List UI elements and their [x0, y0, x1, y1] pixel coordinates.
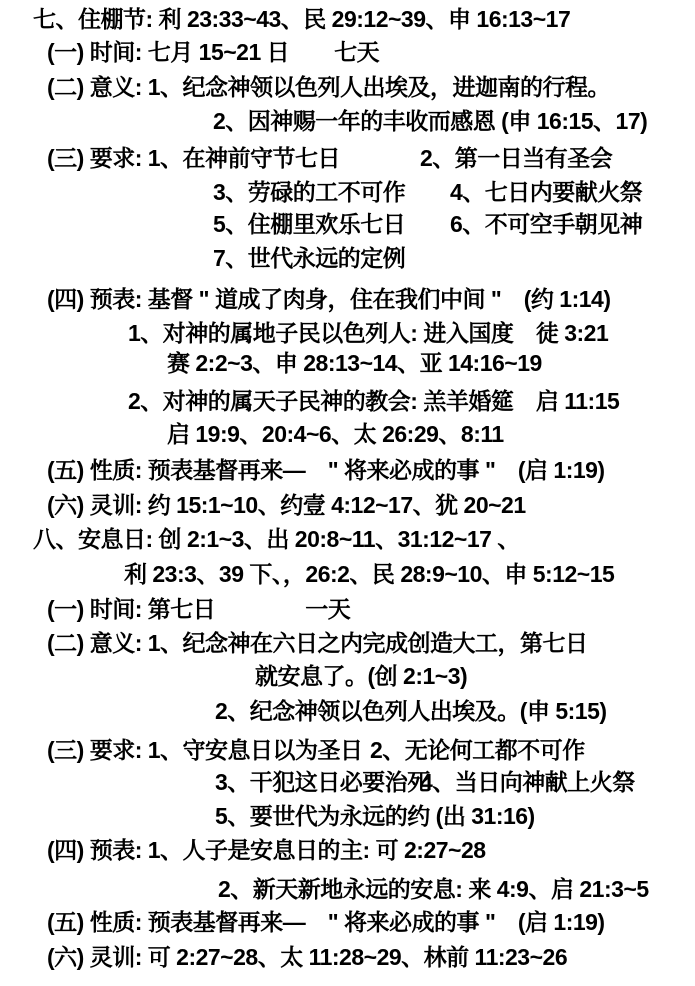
line-s7-time: (一) 时间: 七月 15~21 日 七天: [47, 35, 379, 69]
line-s7-typology-1-refs: 赛 2:2~3、申 28:13~14、亚 14:16~19: [167, 346, 542, 380]
line-s7-requirements-row-3: 5、住棚里欢乐七日 6、不可空手朝见神: [0, 207, 695, 241]
s8-requirement-4: 4、当日向神献上火祭: [420, 765, 635, 799]
line-s7-nature: (五) 性质: 预表基督再来— " 将来必成的事 " (启 1:19): [47, 453, 605, 487]
s8-requirement-1: (三) 要求: 1、守安息日以为圣日: [47, 733, 363, 767]
line-s7-meaning-2: 2、因神赐一年的丰收而感恩 (申 16:15、17): [213, 104, 647, 138]
s7-requirement-5: 5、住棚里欢乐七日: [213, 207, 405, 241]
s7-requirement-6: 6、不可空手朝见神: [450, 207, 642, 241]
line-s7-typology-heading: (四) 预表: 基督 " 道成了肉身，住在我们中间 " (约 1:14): [47, 282, 610, 316]
line-s7-typology-2-refs: 启 19:9、20:4~6、太 26:29、8:11: [167, 417, 504, 451]
s8-requirement-2: 2、无论何工都不可作: [370, 733, 585, 767]
line-s8-requirement-5: 5、要世代为永远的约 (出 31:16): [215, 799, 535, 833]
line-s8-requirements-row-1: (三) 要求: 1、守安息日以为圣日 2、无论何工都不可作: [0, 733, 695, 767]
s7-requirement-3: 3、劳碌的工不可作: [213, 175, 405, 209]
s7-requirement-1: (三) 要求: 1、在神前守节七日: [47, 141, 340, 175]
s8-requirement-3: 3、干犯这日必要治死: [215, 765, 430, 799]
line-s8-meaning-1-cont: 就安息了。(创 2:1~3): [255, 659, 467, 693]
document-page: 七、住棚节: 利 23:33~43、民 29:12~39、申 16:13~17 …: [0, 0, 695, 986]
line-s8-heading-refs-cont: 利 23:3、39 下、，26:2、民 28:9~10、申 5:12~15: [124, 557, 614, 591]
line-s7-meaning-1: (二) 意义: 1、纪念神领以色列人出埃及，进迦南的行程。: [47, 70, 610, 104]
line-s7-typology-2: 2、对神的属天子民神的教会: 羔羊婚筵 启 11:15: [128, 384, 619, 418]
heading-sabbath: 八、安息日: 创 2:1~3、出 20:8~11、31:12~17 、: [33, 522, 520, 556]
line-s8-typology-2: 2、新天新地永远的安息: 来 4:9、启 21:3~5: [218, 872, 649, 906]
line-s8-meaning-2: 2、纪念神领以色列人出埃及。(申 5:15): [215, 694, 607, 728]
line-s8-spiritual-lesson: (六) 灵训: 可 2:27~28、太 11:28~29、林前 11:23~26: [47, 940, 567, 974]
line-s7-requirement-7: 7、世代永远的定例: [213, 241, 405, 275]
s7-requirement-2: 2、第一日当有圣会: [420, 141, 612, 175]
line-s8-meaning-1: (二) 意义: 1、纪念神在六日之内完成创造大工，第七日: [47, 626, 588, 660]
line-s8-requirements-row-2: 3、干犯这日必要治死 4、当日向神献上火祭: [0, 765, 695, 799]
line-s8-nature: (五) 性质: 预表基督再来— " 将来必成的事 " (启 1:19): [47, 905, 605, 939]
line-s8-typology-1: (四) 预表: 1、人子是安息日的主: 可 2:27~28: [47, 833, 486, 867]
line-s7-requirements-row-1: (三) 要求: 1、在神前守节七日 2、第一日当有圣会: [0, 141, 695, 175]
line-s7-typology-1: 1、对神的属地子民以色列人: 进入国度 徒 3:21: [128, 316, 608, 350]
line-s8-time: (一) 时间: 第七日 一天: [47, 592, 350, 626]
line-s7-spiritual-lesson: (六) 灵训: 约 15:1~10、约壹 4:12~17、犹 20~21: [47, 488, 526, 522]
heading-feast-of-tabernacles: 七、住棚节: 利 23:33~43、民 29:12~39、申 16:13~17: [33, 2, 570, 36]
line-s7-requirements-row-2: 3、劳碌的工不可作 4、七日内要献火祭: [0, 175, 695, 209]
s7-requirement-4: 4、七日内要献火祭: [450, 175, 642, 209]
